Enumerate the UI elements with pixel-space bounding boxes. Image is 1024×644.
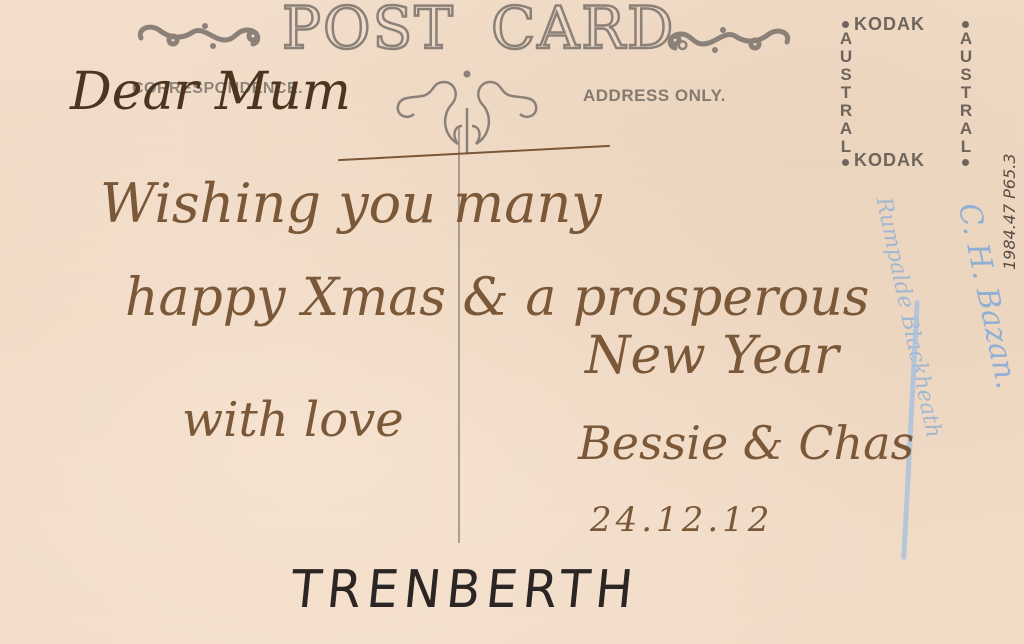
stamp-box: KODAK KODAK AUSTRAL AUSTRAL xyxy=(836,12,976,172)
blue-address-street: Rumpalde Blackheath xyxy=(871,195,946,440)
message-signature: Bessie & Chas xyxy=(578,416,914,470)
stamp-dot-icon xyxy=(962,21,969,28)
postcard-back: POSTCARD. CORRESPONDENCE. ADDRESS ONLY. … xyxy=(0,0,1024,644)
center-ornament-icon xyxy=(392,64,542,154)
stamp-dot-icon xyxy=(842,159,849,166)
stamp-dot-icon xyxy=(962,159,969,166)
message-line-1: Wishing you many xyxy=(100,172,602,235)
stamp-austral-right: AUSTRAL xyxy=(957,30,975,156)
message-salutation: Dear Mum xyxy=(70,62,351,122)
address-only-label: ADDRESS ONLY. xyxy=(583,86,726,106)
message-line-3: New Year xyxy=(585,326,839,386)
title-post: POST xyxy=(282,0,455,62)
scroll-ornament-left-icon xyxy=(133,18,268,54)
stamp-kodak-top: KODAK xyxy=(854,14,925,35)
message-line-4: with love xyxy=(182,392,404,448)
surname-note: TRENBERTH xyxy=(288,560,641,620)
message-date: 24.12.12 xyxy=(590,500,773,540)
archive-number: 1984.47 P65.3 xyxy=(1000,153,1019,270)
title-card: CARD. xyxy=(491,0,694,62)
stamp-dot-icon xyxy=(842,21,849,28)
message-line-2: happy Xmas & a prosperous xyxy=(125,268,869,328)
postcard-title: POSTCARD. xyxy=(282,0,694,62)
stamp-kodak-bottom: KODAK xyxy=(854,150,925,171)
stamp-austral-left: AUSTRAL xyxy=(837,30,855,156)
